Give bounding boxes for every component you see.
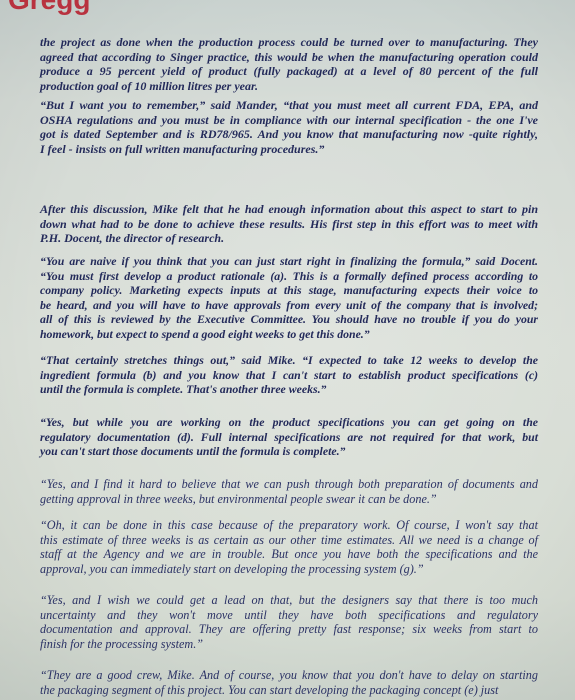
text-line: produce a 95 percent yield of product (f… (40, 64, 538, 79)
text-line: “Oh, it can be done in this case because… (40, 518, 538, 533)
paragraph-mike-formula: “That certainly stretches things out,” s… (40, 353, 538, 397)
text-line: down what had to be done to achieve thes… (40, 217, 538, 232)
paragraph-project-done: the project as done when the production … (40, 35, 538, 93)
text-line: be heard, and you will have to have appr… (40, 298, 538, 313)
text-line: homework, but expect to spend a good eig… (40, 327, 538, 342)
text-line: documentation and approval. They are off… (40, 622, 538, 637)
text-line: “You are naive if you think that you can… (40, 254, 538, 269)
paragraph-preparatory-work: “Oh, it can be done in this case because… (40, 518, 538, 576)
text-line: this estimate of three weeks is as certa… (40, 533, 538, 548)
paragraph-designers-uncertainty: “Yes, and I wish we could get a lead on … (40, 593, 538, 651)
text-line: “Yes, and I find it hard to believe that… (40, 477, 538, 492)
text-line: agreed that according to Singer practice… (40, 50, 538, 65)
text-line: “Yes, and I wish we could get a lead on … (40, 593, 538, 608)
text-line: finish for the processing system.” (40, 637, 538, 652)
text-line: After this discussion, Mike felt that he… (40, 202, 538, 217)
text-line: “They are a good crew, Mike. And of cour… (40, 668, 538, 683)
text-line: approval, you can immediately start on d… (40, 562, 538, 577)
text-line: I feel - insists on full written manufac… (40, 142, 538, 157)
text-line: staff at the Agency and we are in troubl… (40, 547, 538, 562)
paragraph-regulatory-documentation: “Yes, but while you are working on the p… (40, 415, 538, 459)
text-line: P.H. Docent, the director of research. (40, 231, 538, 246)
paragraph-environmental-approval: “Yes, and I find it hard to believe that… (40, 477, 538, 506)
text-line: all of this is reviewed by the Executive… (40, 312, 538, 327)
text-line: company policy. Marketing expects inputs… (40, 283, 538, 298)
paragraph-packaging-concept: “They are a good crew, Mike. And of cour… (40, 668, 538, 697)
text-line: “You must first develop a product ration… (40, 269, 538, 284)
text-line: getting approval in three weeks, but env… (40, 492, 538, 507)
text-line: until the formula is complete. That's an… (40, 382, 538, 397)
text-line: “Yes, but while you are working on the p… (40, 415, 538, 430)
text-line: OSHA regulations and you must be in comp… (40, 113, 538, 128)
text-line: “That certainly stretches things out,” s… (40, 353, 538, 368)
partial-header-title: Gregg (8, 0, 90, 14)
text-line: got is dated September and is RD78/965. … (40, 127, 538, 142)
text-line: “But I want you to remember,” said Mande… (40, 98, 538, 113)
text-line: the packaging segment of this project. Y… (40, 683, 538, 698)
paragraph-docent-rationale: “You are naive if you think that you can… (40, 254, 538, 341)
paragraph-after-discussion: After this discussion, Mike felt that he… (40, 202, 538, 246)
text-line: the project as done when the production … (40, 35, 538, 50)
paragraph-mander-regulations: “But I want you to remember,” said Mande… (40, 98, 538, 156)
text-line: production goal of 10 million litres per… (40, 79, 538, 94)
text-line: uncertainty and they won't move until th… (40, 608, 538, 623)
text-line: ingredient formula (b) and you know that… (40, 368, 538, 383)
text-line: you can't start those documents until th… (40, 444, 538, 459)
text-line: regulatory documentation (d). Full inter… (40, 430, 538, 445)
